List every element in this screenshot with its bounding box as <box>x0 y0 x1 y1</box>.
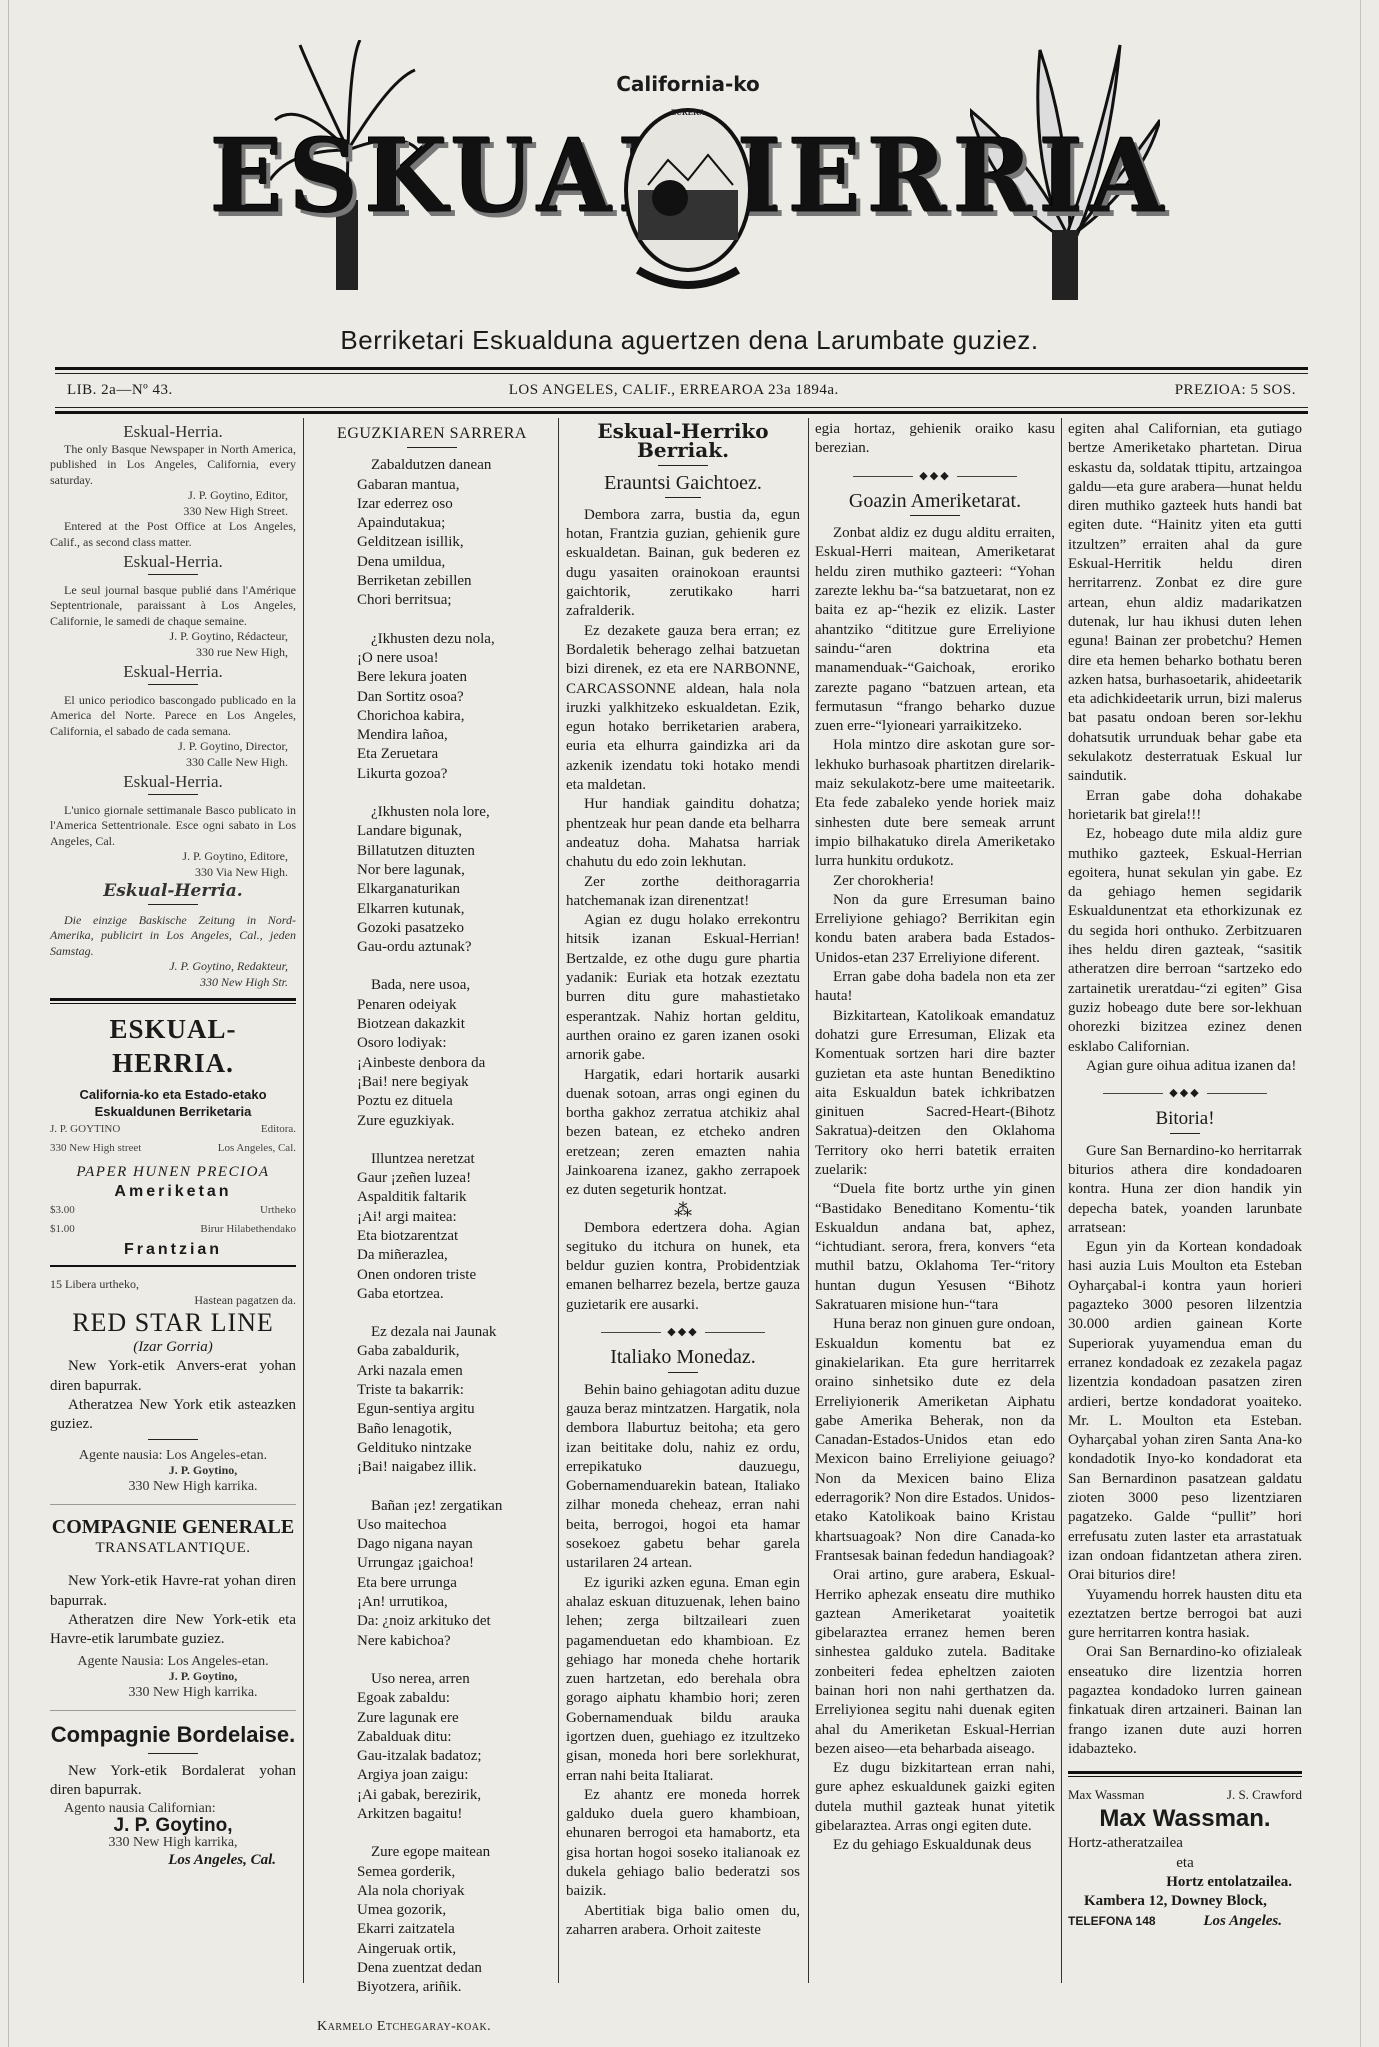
column-1-notices-and-ads: Eskual-Herria. The only Basque Newspaper… <box>50 420 296 1870</box>
poem-line: Nere kabichoa? <box>313 1632 551 1651</box>
column-divider <box>808 418 809 1983</box>
ad-city: Los Angeles. <box>1203 1912 1282 1931</box>
column-divider <box>558 418 559 1983</box>
paragraph: Orai artino, gure arabera, Eskual-Herrik… <box>815 1566 1055 1759</box>
poem-line: Baño lenagotik, <box>313 1420 551 1439</box>
notice-signature: J. P. Goytino, Editore, <box>50 849 296 865</box>
poem-stanza: Illuntzea neretzatGaur ¡zeñen luzea!Aspa… <box>313 1150 551 1304</box>
continued-article: egiten ahal Californian, eta gutiago ber… <box>1068 420 1302 1076</box>
notice-german: Eskual-Herria. Die einzige Baskische Zei… <box>50 884 296 990</box>
poem-line: Dago nigana nayan <box>313 1535 551 1554</box>
ad-compagnie-bordelaise: Compagnie Bordelaise. New York-etik Bord… <box>50 1721 296 1870</box>
notice-address: 330 rue New High, <box>50 645 296 661</box>
ad-red-star-line: RED STAR LINE (Izar Gorria) New York-eti… <box>50 1308 296 1494</box>
ad-agent-city: Los Angeles, Cal. <box>50 1851 296 1870</box>
paragraph: Zonbat aldiz ez dugu alditu erraiten, Es… <box>815 524 1055 736</box>
ad-compagnie-generale-transatlantique: COMPAGNIE GENERALE TRANSATLANTIQUE. New … <box>50 1515 296 1700</box>
ad-agent-address: 330 New High karrika. <box>50 1685 296 1701</box>
notice-postal-entry: Entered at the Post Office at Los Angele… <box>50 519 296 550</box>
ad-agent-name: J. P. Goytino, <box>50 1463 296 1479</box>
short-rule <box>148 904 198 905</box>
notice-body: The only Basque Newspaper in North Ameri… <box>50 442 296 489</box>
ad-phone: TELEFONA 148 <box>1068 1912 1156 1931</box>
poem-line: Gaba zabaldurik, <box>313 1342 551 1361</box>
paragraph: Dembora zarra, bustia da, egun hotan, Fr… <box>566 506 800 622</box>
editor-line: J. P. GOYTINO Editora. <box>50 1120 296 1139</box>
divider <box>50 1710 296 1711</box>
price: PREZIOA: 5 SOS. <box>1163 382 1308 399</box>
article-erauntsi-gaichtoez: Dembora zarra, bustia da, egun hotan, Fr… <box>566 506 800 1201</box>
divider <box>50 1504 296 1505</box>
poem-stanza: ¿Ikhusten dezu nola,¡O nere usoa!Bere le… <box>313 630 551 784</box>
poem-stanza: ¿Ikhusten nola lore,Landare bigunak,Bill… <box>313 803 551 957</box>
price-amount: $1.00 <box>50 1220 75 1239</box>
poem-line: Poztu ez dituela <box>313 1092 551 1111</box>
subscription-box: ESKUAL-HERRIA. California-ko eta Estado-… <box>50 1012 296 1308</box>
poem-line: Gau-itzalak badatoz; <box>313 1747 551 1766</box>
street-address: 330 New High street <box>50 1139 141 1158</box>
column-divider <box>303 418 304 1983</box>
poem-line: Bere lekura joaten <box>313 668 551 687</box>
paragraph: Erran gabe doha badela non eta zer hauta… <box>815 968 1055 1007</box>
ad-title: Max Wassman. <box>1068 1804 1302 1834</box>
price-row: $3.00 Urtheko <box>50 1201 296 1220</box>
poem-line: Ekarri zaitzatela <box>313 1920 551 1939</box>
poem-line: Mendira lañoa, <box>313 726 551 745</box>
poem-line: Zure egope maitean <box>313 1843 551 1862</box>
short-rule <box>148 574 198 575</box>
california-seal: California-ko EUREKA <box>608 80 768 290</box>
masthead: ESKUAL HERRIA California-ko EUREKA <box>210 40 1170 320</box>
paragraph: Ez dugu bizkitartean erran nahi, gure ap… <box>815 1759 1055 1836</box>
notice-french: Eskual-Herria. Le seul journal basque pu… <box>50 554 296 660</box>
poem-line: Arkitzen bagaitu! <box>313 1805 551 1824</box>
short-rule <box>665 497 701 498</box>
price-amount: $3.00 <box>50 1201 75 1220</box>
poem-stanza: Bada, nere usoa,Penaren odeiyakBiotzean … <box>313 976 551 1130</box>
article-goazin-ameriketarat: Zonbat aldiz ez dugu alditu erraiten, Es… <box>815 524 1055 1855</box>
poem-line: Eta biotzarentzat <box>313 1227 551 1246</box>
paragraph: Zer chorokheria! <box>815 872 1055 891</box>
notice-spanish: Eskual-Herria. El unico periodico bascon… <box>50 664 296 770</box>
poem-line: Penaren odeiyak <box>313 996 551 1015</box>
column-4-news: egia hortaz, gehienik oraiko kasu berezi… <box>815 420 1055 1856</box>
poem-line: Likurta gozoa? <box>313 765 551 784</box>
poem-line: Apaindutakua; <box>313 514 551 533</box>
notice-title: Eskual-Herria. <box>50 884 296 900</box>
poem-stanza: Uso nerea, arrenEgoak zabaldu:Zure lagun… <box>313 1670 551 1824</box>
continued-paragraph: egia hortaz, gehienik oraiko kasu berezi… <box>815 420 1055 459</box>
notice-title: Eskual-Herria. <box>50 554 296 570</box>
poem-line: ¡O nere usoa! <box>313 649 551 668</box>
ad-partners: Max Wassman J. S. Crawford <box>1068 1785 1302 1804</box>
ad-agent-label: Agento nausia Californian: <box>50 1801 296 1817</box>
short-rule <box>658 465 708 466</box>
paragraph: Ez ahantz ere moneda horrek galduko duel… <box>566 1786 800 1902</box>
poem-line: Ala nola choriyak <box>313 1882 551 1901</box>
paragraph: Ez iguriki azken eguna. Eman egin ahalaz… <box>566 1574 800 1786</box>
section-rule-thin <box>50 1003 296 1004</box>
poem-line: Gau-ordu aztunak? <box>313 938 551 957</box>
poem-line: Biotzean dakazkit <box>313 1015 551 1034</box>
ad-max-wassman: Max Wassman J. S. Crawford Max Wassman. … <box>1068 1785 1302 1931</box>
poem-line: Da miñerazlea, <box>313 1246 551 1265</box>
asterism: ⁂ <box>566 1201 800 1219</box>
ad-line: New York-etik Havre-rat yohan diren bapu… <box>50 1572 296 1611</box>
paragraph: Behin baino gehiagotan aditu duzue gauza… <box>566 1381 800 1574</box>
column-3-news: Eskual-Herriko Berriak. Erauntsi Gaichto… <box>566 420 800 1940</box>
notice-title: Eskual-Herria. <box>50 664 296 680</box>
section-rule <box>50 998 296 1001</box>
paragraph: Hargatik, edari hortarik ausarki duenak … <box>566 1066 800 1201</box>
editor-role: Editora. <box>261 1120 296 1139</box>
poem-line: Urrungaz ¡gaichoa! <box>313 1554 551 1573</box>
ad-title: COMPAGNIE GENERALE <box>50 1515 296 1539</box>
tagline: Berriketari Eskualduna aguertzen dena La… <box>0 325 1379 356</box>
poem-author: Karmelo Etchegaray-koak. <box>313 2017 551 2036</box>
section-rule <box>1068 1771 1302 1774</box>
ad-title: Compagnie Bordelaise. <box>50 1721 296 1749</box>
dateline: LIB. 2a—Nº 43. LOS ANGELES, CALIF., ERRE… <box>55 382 1308 399</box>
poem-line: Egoak zabaldu: <box>313 1689 551 1708</box>
poem-line: Triste ta bakarrik: <box>313 1381 551 1400</box>
section-rule <box>50 1265 296 1267</box>
ad-line: Hortz-atheratzailea <box>1068 1834 1302 1853</box>
poem-line: Zure lagunak ere <box>313 1709 551 1728</box>
notice-address: 330 Calle New High. <box>50 755 296 771</box>
page-edge-right <box>1360 0 1361 2047</box>
ad-subtitle: TRANSATLANTIQUE. <box>50 1539 296 1558</box>
price-term: Birur Hilabethendako <box>200 1220 296 1239</box>
article-title: Erauntsi Gaichtoez. <box>566 474 800 493</box>
poem-line: ¡Bai! nere begiyak <box>313 1073 551 1092</box>
notice-signature: J. P. Goytino, Director, <box>50 739 296 755</box>
poem-line: Elkarren kutunak, <box>313 900 551 919</box>
newspaper-page: ESKUAL HERRIA California-ko EUREKA Berri… <box>0 0 1379 2047</box>
poem-line: Uso nerea, arren <box>313 1670 551 1689</box>
paragraph: Bizkitartean, Katolikoak emandatuz dohat… <box>815 1007 1055 1181</box>
ornamental-divider: ◆◆◆ <box>566 1323 800 1342</box>
poem-line: Argiya joan zaigu: <box>313 1766 551 1785</box>
address-line: 330 New High street Los Angeles, Cal. <box>50 1139 296 1158</box>
poem-line: Illuntzea neretzat <box>313 1150 551 1169</box>
poem-line: Zabalduak ditu: <box>313 1728 551 1747</box>
notice-title: Eskual-Herria. <box>50 424 296 440</box>
poem-line: Umea gozorik, <box>313 1901 551 1920</box>
poem-line: Chori berritsua; <box>313 591 551 610</box>
poem-line: Zure eguzkiyak. <box>313 1112 551 1131</box>
notice-italian: Eskual-Herria. L'unico giornale settiman… <box>50 774 296 880</box>
column-5-news: egiten ahal Californian, eta gutiago ber… <box>1068 420 1302 1931</box>
paragraph: “Duela fite bortz urthe yin ginen “Basti… <box>815 1180 1055 1315</box>
ad-line: Hortz entolatzailea. <box>1068 1873 1302 1892</box>
poem-line: Billatutzen dituzten <box>313 842 551 861</box>
poem-line: Ez dezala nai Jaunak <box>313 1323 551 1342</box>
poem-line: Dena umildua, <box>313 553 551 572</box>
paragraph: Hur handiak gainditu dohatza; phentzeak … <box>566 795 800 872</box>
poem-line: Dena zuentzat dedan <box>313 1959 551 1978</box>
notice-english: Eskual-Herria. The only Basque Newspaper… <box>50 424 296 550</box>
poem-line: Egun-sentiya argitu <box>313 1400 551 1419</box>
short-rule <box>148 684 198 685</box>
dateline-rule-thin <box>55 407 1308 408</box>
poem-line: Bañan ¡ez! zergatikan <box>313 1497 551 1516</box>
poem-stanzas: Zabaldutzen daneanGabaran mantua,Izar ed… <box>313 456 551 1997</box>
notice-address: 330 New High Str. <box>50 975 296 991</box>
ad-title: RED STAR LINE <box>50 1308 296 1338</box>
poem-line: ¿Ikhusten dezu nola, <box>313 630 551 649</box>
region-france: Frantzian <box>50 1240 296 1259</box>
poem-line: Elkarganaturikan <box>313 880 551 899</box>
ad-line: Atheratzea New York etik asteazken guzie… <box>50 1396 296 1435</box>
poem-line: ¡Ainbeste denbora da <box>313 1054 551 1073</box>
subscription-subtitle-1: California-ko eta Estado-etako <box>50 1086 296 1103</box>
section-rule-thin <box>1068 1776 1302 1777</box>
ornamental-divider: ◆◆◆ <box>1068 1084 1302 1103</box>
ad-agent-address: 330 New High karrika. <box>50 1479 296 1495</box>
poem-line: Berriketan zebillen <box>313 572 551 591</box>
column-divider <box>1061 418 1062 1983</box>
notice-body: El unico periodico bascongado publicado … <box>50 693 296 740</box>
article-bitoria: Gure San Bernardino-ko herritarrak bitur… <box>1068 1142 1302 1760</box>
ad-address: Kambera 12, Downey Block, <box>1068 1892 1302 1911</box>
poem-line: Gaur ¡zeñen luzea! <box>313 1169 551 1188</box>
short-rule <box>148 794 198 795</box>
seal-arc-text: California-ko <box>608 72 768 96</box>
article-title: Italiako Monedaz. <box>566 1348 800 1367</box>
poem-line: Semea gorderik, <box>313 1863 551 1882</box>
short-rule <box>668 1372 698 1373</box>
ad-line: eta <box>1068 1854 1302 1873</box>
seal-motto: EUREKA <box>608 108 768 117</box>
short-rule <box>148 1753 198 1754</box>
notice-title: Eskual-Herria. <box>50 774 296 790</box>
ad-agent-name: J. P. Goytino, <box>50 1816 296 1835</box>
poem-line: ¡Bai! naigabez illik. <box>313 1458 551 1477</box>
paragraph: Ez dezakete gauza bera erran; ez Bordale… <box>566 622 800 796</box>
ad-line: New York-etik Anvers-erat yohan diren ba… <box>50 1357 296 1396</box>
city: Los Angeles, Cal. <box>218 1139 296 1158</box>
payment-note: Hastean pagatzen da. <box>50 1293 296 1309</box>
page-edge-left <box>8 0 9 2047</box>
paragraph: egiten ahal Californian, eta gutiago ber… <box>1068 420 1302 787</box>
notice-signature: J. P. Goytino, Redakteur, <box>50 959 296 975</box>
paragraph: Ez, hobeago dute mila aldiz gure muthiko… <box>1068 825 1302 1057</box>
paragraph: Non da gure Erresuman baino Erreliyione … <box>815 891 1055 968</box>
poem-line: Dan Sortitz osoa? <box>313 688 551 707</box>
ad-agent-name: J. P. Goytino, <box>50 1669 296 1685</box>
paragraph: Agian gure oihua aditua izanen da! <box>1068 1057 1302 1076</box>
ornamental-divider: ◆◆◆ <box>815 467 1055 486</box>
poem-line: Gelditzean isillik, <box>313 533 551 552</box>
masthead-rule-top <box>55 367 1308 370</box>
poem-line: ¡Ai! argi maitea: <box>313 1208 551 1227</box>
paragraph: Yuyamendu horrek hausten ditu eta ezezta… <box>1068 1586 1302 1644</box>
short-rule <box>1170 1133 1200 1134</box>
short-rule <box>407 447 457 448</box>
poem-line: Gozoki pasatzeko <box>313 919 551 938</box>
section-title: Eskual-Herriko Berriak. <box>566 422 800 461</box>
paragraph: Abertitiak biga balio omen du, zaharren … <box>566 1902 800 1941</box>
poem-line: Uso maitechoa <box>313 1516 551 1535</box>
short-rule <box>148 1439 198 1440</box>
article-italiako-monedaz: Behin baino gehiagotan aditu duzue gauza… <box>566 1381 800 1941</box>
editor-name: J. P. GOYTINO <box>50 1120 120 1139</box>
short-rule <box>910 515 960 516</box>
poem-line: Eta bere urrunga <box>313 1574 551 1593</box>
notice-body: L'unico giornale settimanale Basco publi… <box>50 803 296 850</box>
paragraph: Dembora edertzera doha. Agian segituko d… <box>566 1219 800 1315</box>
price-row: $1.00 Birur Hilabethendako <box>50 1220 296 1239</box>
poem-line: Onen ondoren triste <box>313 1266 551 1285</box>
paragraph: Hola mintzo dire askotan gure sor-lekhuk… <box>815 736 1055 871</box>
paragraph: Huna beraz non ginuen gure ondoan, Eskua… <box>815 1315 1055 1566</box>
price-heading: PAPER HUNEN PRECIOA <box>50 1163 296 1182</box>
notice-body: Die einzige Baskische Zeitung in Nord-Am… <box>50 913 296 960</box>
poem-line: Nor bere lagunak, <box>313 861 551 880</box>
poem-line: Gaba etortzea. <box>313 1285 551 1304</box>
article-title: Goazin Ameriketarat. <box>815 492 1055 511</box>
poem-line: Zabaldutzen danean <box>313 456 551 475</box>
notice-address: 330 New High Street. <box>50 504 296 520</box>
ad-contact: TELEFONA 148 Los Angeles. <box>1068 1912 1302 1931</box>
paragraph: Gure San Bernardino-ko herritarrak bitur… <box>1068 1142 1302 1238</box>
paragraph: Orai San Bernardino-ko ofizialeak enseat… <box>1068 1643 1302 1759</box>
notice-address: 330 Via New High. <box>50 865 296 881</box>
poem-line: Osoro lodiyak: <box>313 1034 551 1053</box>
poem-line: Chorichoa kabira, <box>313 707 551 726</box>
poem-line: Landare bigunak, <box>313 822 551 841</box>
region-america: Ameriketan <box>50 1182 296 1201</box>
poem-stanza: Bañan ¡ez! zergatikanUso maitechoaDago n… <box>313 1497 551 1651</box>
masthead-rule-top-thin <box>55 373 1308 374</box>
poem-line: Gabaran mantua, <box>313 476 551 495</box>
partner-right: J. S. Crawford <box>1227 1785 1302 1804</box>
ad-agent-address: 330 New High karrika, <box>50 1835 296 1851</box>
poem-line: ¡An! urrutikoa, <box>313 1593 551 1612</box>
article-title: Bitoria! <box>1068 1109 1302 1128</box>
poem-line: Biyotzera, ariñik. <box>313 1978 551 1997</box>
poem-title: EGUZKIAREN SARRERA <box>313 424 551 443</box>
poem-stanza: Ez dezala nai JaunakGaba zabaldurik,Arki… <box>313 1323 551 1477</box>
dateline-rule-bottom <box>55 411 1308 414</box>
poem-line: Aspalditik faltarik <box>313 1188 551 1207</box>
poem-line: Arki nazala emen <box>313 1362 551 1381</box>
poem-line: Eta Zeruetara <box>313 745 551 764</box>
ad-line: Atheratzen dire New York-etik eta Havre-… <box>50 1611 296 1650</box>
poem-stanza: Zure egope maiteanSemea gorderik,Ala nol… <box>313 1843 551 1997</box>
poem-line: Da: ¿noiz arkituko det <box>313 1612 551 1631</box>
column-2-poem: EGUZKIAREN SARRERA Zabaldutzen daneanGab… <box>313 420 551 2036</box>
poem-line: Aingeruak ortik, <box>313 1940 551 1959</box>
place-and-date: LOS ANGELES, CALIF., ERREAROA 23a 1894a. <box>497 382 851 399</box>
subscription-title: ESKUAL-HERRIA. <box>50 1012 296 1080</box>
ad-line: New York-etik Bordalerat yohan diren bap… <box>50 1762 296 1801</box>
poem-line: Izar ederrez oso <box>313 495 551 514</box>
paragraph: Ez du gehiago Eskualdunak deus <box>815 1836 1055 1855</box>
price-term: Urtheko <box>260 1201 296 1220</box>
ad-agent-label: Agente nausia: Los Angeles-etan. <box>50 1448 296 1464</box>
notice-body: Le seul journal basque publié dans l'Amé… <box>50 583 296 630</box>
france-price: 15 Libera urtheko, <box>50 1277 296 1293</box>
ad-agent-label: Agente Nausia: Los Angeles-etan. <box>50 1654 296 1670</box>
notice-signature: J. P. Goytino, Editor, <box>50 488 296 504</box>
poem-line: ¡Ai gabak, berezirik, <box>313 1786 551 1805</box>
partner-left: Max Wassman <box>1068 1785 1144 1804</box>
paragraph: Erran gabe doha dohakabe horietarik bat … <box>1068 787 1302 826</box>
poem-line: Geldituko nintzake <box>313 1439 551 1458</box>
subscription-subtitle-2: Eskualdunen Berriketaria <box>50 1103 296 1120</box>
poem-stanza: Zabaldutzen daneanGabaran mantua,Izar ed… <box>313 456 551 610</box>
poem-line: ¿Ikhusten nola lore, <box>313 803 551 822</box>
paragraph: Agian ez dugu holako errekontru hitsik i… <box>566 911 800 1065</box>
poem-line: Bada, nere usoa, <box>313 976 551 995</box>
paragraph: Zer zorthe deithoragarria hatchemanak iz… <box>566 873 800 912</box>
volume-number: LIB. 2a—Nº 43. <box>55 382 185 399</box>
ad-subtitle: (Izar Gorria) <box>50 1338 296 1357</box>
notice-signature: J. P. Goytino, Rédacteur, <box>50 629 296 645</box>
paragraph: Egun yin da Kortean kondadoak hasi auzia… <box>1068 1238 1302 1585</box>
